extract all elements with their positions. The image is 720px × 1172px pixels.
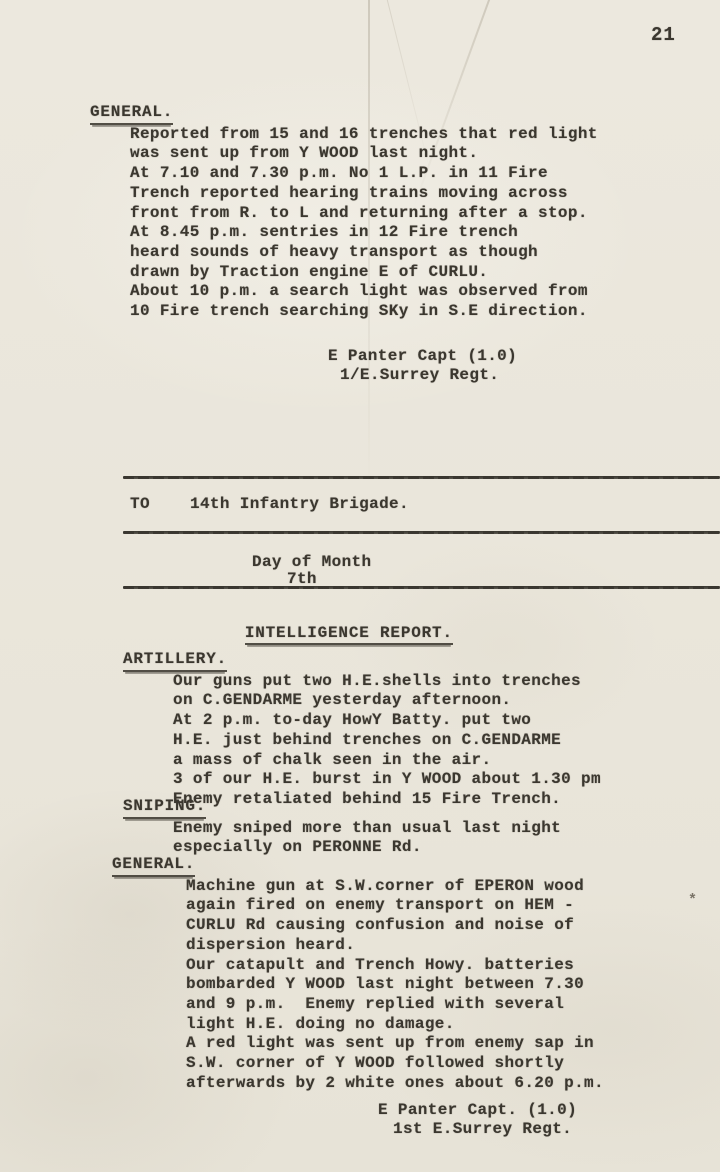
- text-line: 3 of our H.E. burst in Y WOOD about 1.30…: [173, 770, 601, 790]
- text-line: again fired on enemy transport on HEM -: [186, 896, 604, 916]
- section-sniping: SNIPING. Enemy sniped more than usual la…: [123, 797, 561, 858]
- text-line: CURLU Rd causing confusion and noise of: [186, 916, 604, 936]
- margin-asterisk-mark: *: [688, 891, 697, 911]
- section-general-bottom: GENERAL. Machine gun at S.W.corner of EP…: [112, 855, 604, 1093]
- text-line: H.E. just behind trenches on C.GENDARME: [173, 731, 601, 751]
- text-line: bombarded Y WOOD last night between 7.30: [186, 975, 604, 995]
- text-line: on C.GENDARME yesterday afternoon.: [173, 691, 601, 711]
- text-line: Our guns put two H.E.shells into trenche…: [173, 672, 601, 692]
- page-number: 21: [651, 26, 676, 46]
- to-label: TO: [130, 495, 150, 515]
- text-line: At 8.45 p.m. sentries in 12 Fire trench: [130, 223, 598, 243]
- document-page: 21 GENERAL. Reported from 15 and 16 tren…: [0, 0, 720, 1172]
- text-line: S.W. corner of Y WOOD followed shortly: [186, 1054, 604, 1074]
- horizontal-rule: [123, 586, 720, 589]
- section-heading-artillery: ARTILLERY.: [123, 650, 227, 672]
- text-line: About 10 p.m. a search light was observe…: [130, 282, 598, 302]
- horizontal-rule: [123, 476, 720, 479]
- text-line: A red light was sent up from enemy sap i…: [186, 1034, 604, 1054]
- addressee: 14th Infantry Brigade.: [190, 495, 409, 515]
- text-line: Reported from 15 and 16 trenches that re…: [130, 125, 598, 145]
- text-line: a mass of chalk seen in the air.: [173, 751, 601, 771]
- text-line: Our catapult and Trench Howy. batteries: [186, 956, 604, 976]
- text-line: 10 Fire trench searching SKy in S.E dire…: [130, 302, 598, 322]
- text-line: Trench reported hearing trains moving ac…: [130, 184, 598, 204]
- text-line: and 9 p.m. Enemy replied with several: [186, 995, 604, 1015]
- horizontal-rule: [123, 531, 720, 534]
- text-line: front from R. to L and returning after a…: [130, 204, 598, 224]
- section-heading-general: GENERAL.: [112, 855, 195, 877]
- text-line: Machine gun at S.W.corner of EPERON wood: [186, 877, 604, 897]
- text-line: light H.E. doing no damage.: [186, 1015, 604, 1035]
- text-line: drawn by Traction engine E of CURLU.: [130, 263, 598, 283]
- text-line: dispersion heard.: [186, 936, 604, 956]
- text-line: At 7.10 and 7.30 p.m. No 1 L.P. in 11 Fi…: [130, 164, 598, 184]
- section-heading-sniping: SNIPING.: [123, 797, 206, 819]
- signature-block-bottom: E Panter Capt. (1.0) 1st E.Surrey Regt.: [378, 1101, 577, 1139]
- text-line: heard sounds of heavy transport as thoug…: [130, 243, 598, 263]
- signature-name: E Panter Capt. (1.0): [378, 1101, 577, 1120]
- text-line: afterwards by 2 white ones about 6.20 p.…: [186, 1074, 604, 1094]
- section-general-top: GENERAL. Reported from 15 and 16 trenche…: [90, 103, 598, 322]
- signature-block-top: E Panter Capt (1.0) 1/E.Surrey Regt.: [328, 347, 517, 385]
- text-line: Enemy sniped more than usual last night: [173, 819, 561, 839]
- signature-unit: 1/E.Surrey Regt.: [340, 366, 517, 385]
- signature-name: E Panter Capt (1.0): [328, 347, 517, 366]
- text-line: At 2 p.m. to-day HowY Batty. put two: [173, 711, 601, 731]
- section-artillery: ARTILLERY. Our guns put two H.E.shells i…: [123, 650, 601, 810]
- report-title: INTELLIGENCE REPORT.: [245, 624, 453, 646]
- signature-unit: 1st E.Surrey Regt.: [393, 1120, 577, 1139]
- section-heading-general: GENERAL.: [90, 103, 173, 125]
- text-line: was sent up from Y WOOD last night.: [130, 144, 598, 164]
